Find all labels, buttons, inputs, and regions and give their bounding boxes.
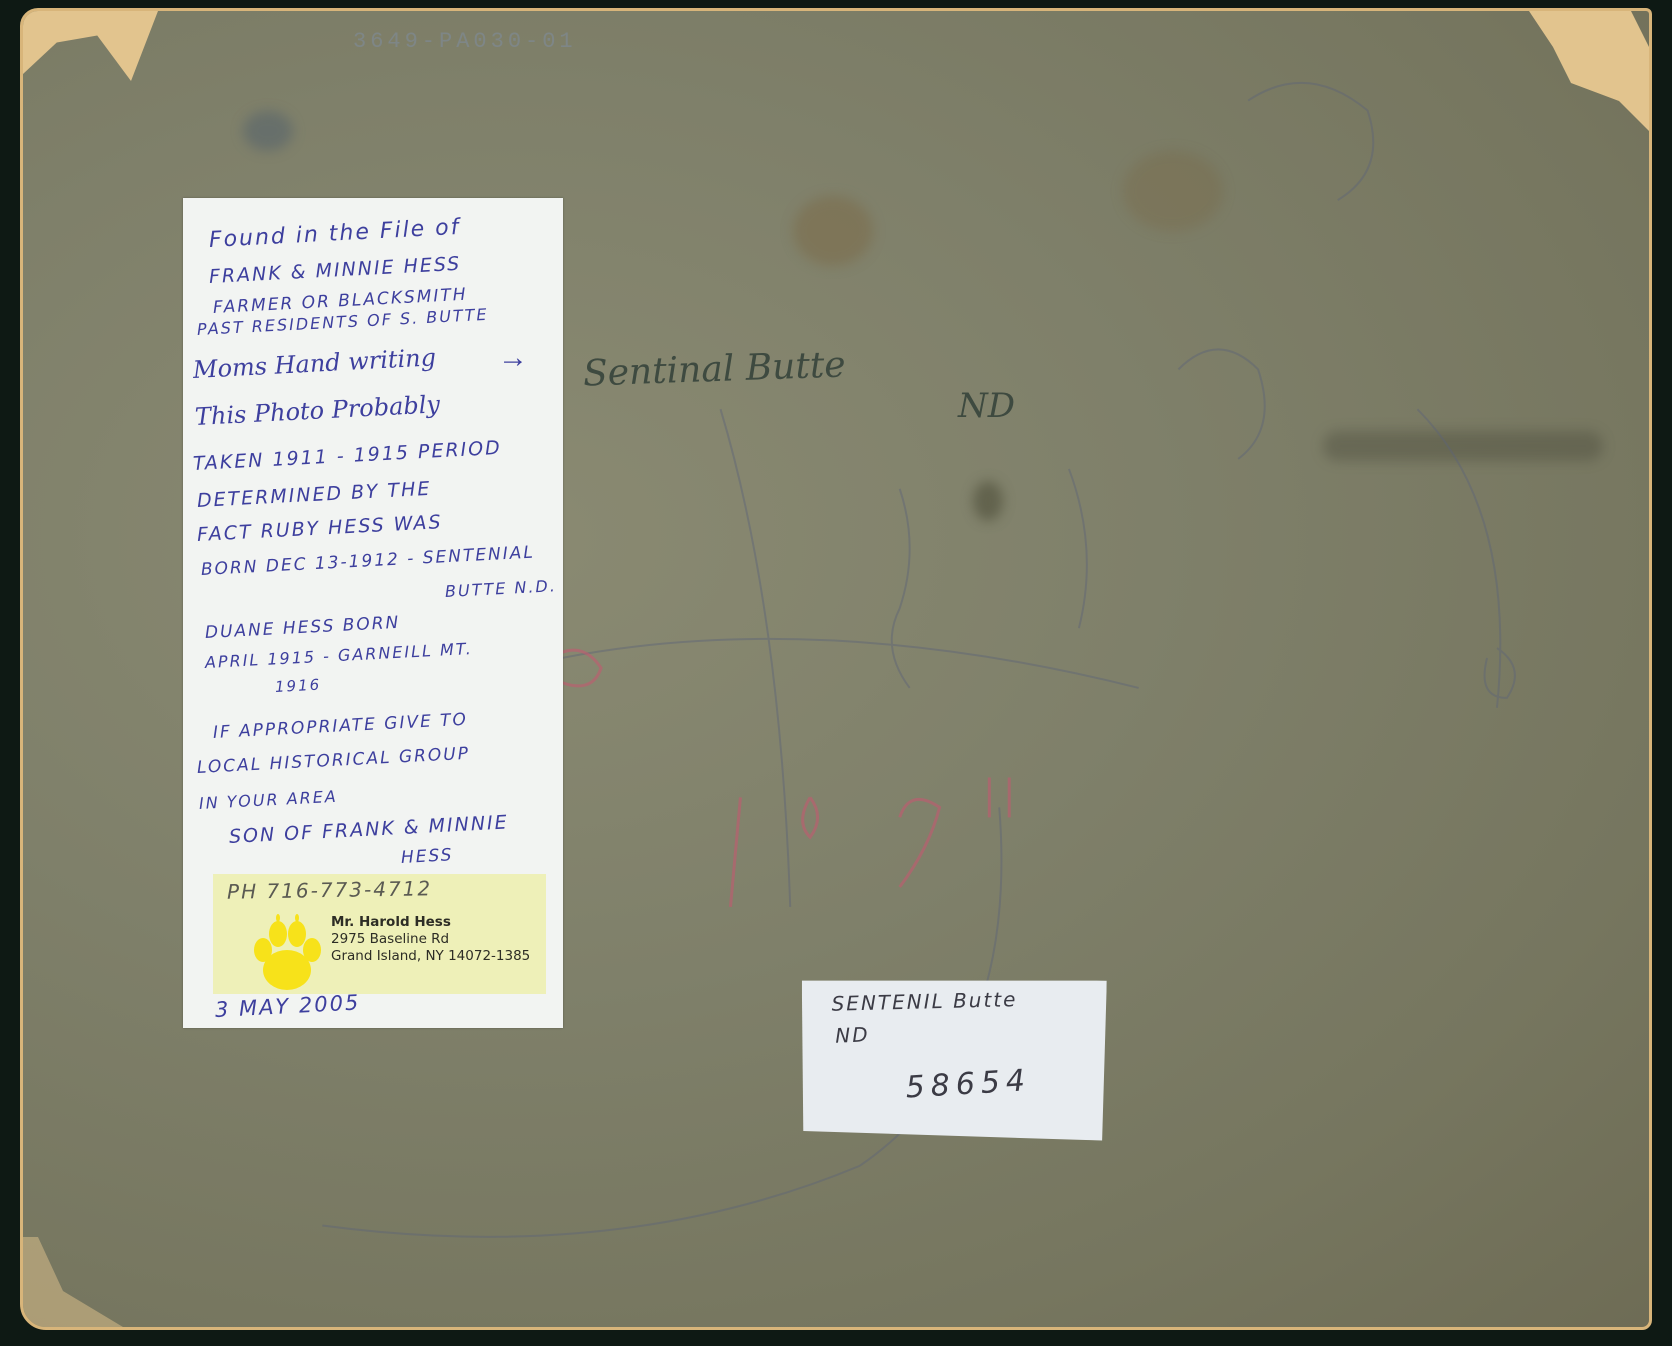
arrow-icon: → xyxy=(498,341,528,375)
note-line: BUTTE N.D. xyxy=(445,576,558,601)
note-zip: 58654 xyxy=(905,1063,1032,1105)
water-stain xyxy=(1123,151,1223,231)
note-line: BORN DEC 13-1912 - SENTENIAL xyxy=(200,543,535,580)
note-line: IN YOUR AREA xyxy=(199,787,339,813)
photo-mount-board: 3649-PA030-01 Found in the File of FRANK… xyxy=(20,8,1652,1330)
torn-corner-bottom-left xyxy=(23,1237,123,1327)
note-line: TAKEN 1911 - 1915 PERIOD xyxy=(192,437,502,475)
note-line: DETERMINED BY THE xyxy=(196,478,431,512)
note-line: DUANE HESS BORN xyxy=(204,613,400,643)
water-stain xyxy=(973,481,1003,521)
zip-code-note: SENTENIL Butte ND 58654 xyxy=(800,977,1107,1140)
note-line: This Photo Probably xyxy=(194,390,440,431)
address-block: Mr. Harold Hess 2975 Baseline Rd Grand I… xyxy=(331,914,530,965)
state-abbrev-script: ND xyxy=(958,386,1015,426)
note-line: LOCAL HISTORICAL GROUP xyxy=(196,744,470,778)
address-label: PH 716-773-4712 Mr. Harold Hess 2975 Bas… xyxy=(213,874,546,994)
note-line: FACT RUBY HESS WAS xyxy=(196,511,443,546)
place-name-script: Sentinal Butte xyxy=(582,344,846,394)
note-state: ND xyxy=(835,1022,870,1047)
water-stain xyxy=(793,196,873,266)
paw-print-icon xyxy=(251,914,323,992)
faint-catalog-stamp: 3649-PA030-01 xyxy=(353,29,577,54)
water-stain xyxy=(1323,431,1603,461)
street-address: 2975 Baseline Rd xyxy=(331,931,530,948)
note-line: Found in the File of xyxy=(208,215,461,253)
note-date: 3 MAY 2005 xyxy=(214,990,361,1022)
note-line: Moms Hand writing xyxy=(192,343,436,384)
note-line: SON OF FRANK & MINNIE xyxy=(228,811,509,848)
note-town: SENTENIL Butte xyxy=(831,987,1017,1016)
recipient-name: Mr. Harold Hess xyxy=(331,914,530,931)
water-stain xyxy=(243,111,293,151)
handwritten-note-card: Found in the File of FRANK & MINNIE HESS… xyxy=(183,198,563,1028)
note-line: APRIL 1915 - GARNEILL MT. xyxy=(205,639,474,672)
torn-corner-top-left xyxy=(23,11,158,81)
note-line: 1916 xyxy=(275,676,322,696)
phone-number: PH 716-773-4712 xyxy=(227,876,433,904)
torn-corner-top-right xyxy=(1529,11,1649,131)
note-line: FRANK & MINNIE HESS xyxy=(208,253,461,288)
city-state-zip: Grand Island, NY 14072-1385 xyxy=(331,948,530,965)
note-line: HESS xyxy=(400,845,453,868)
note-line: IF APPROPRIATE GIVE TO xyxy=(212,710,468,743)
